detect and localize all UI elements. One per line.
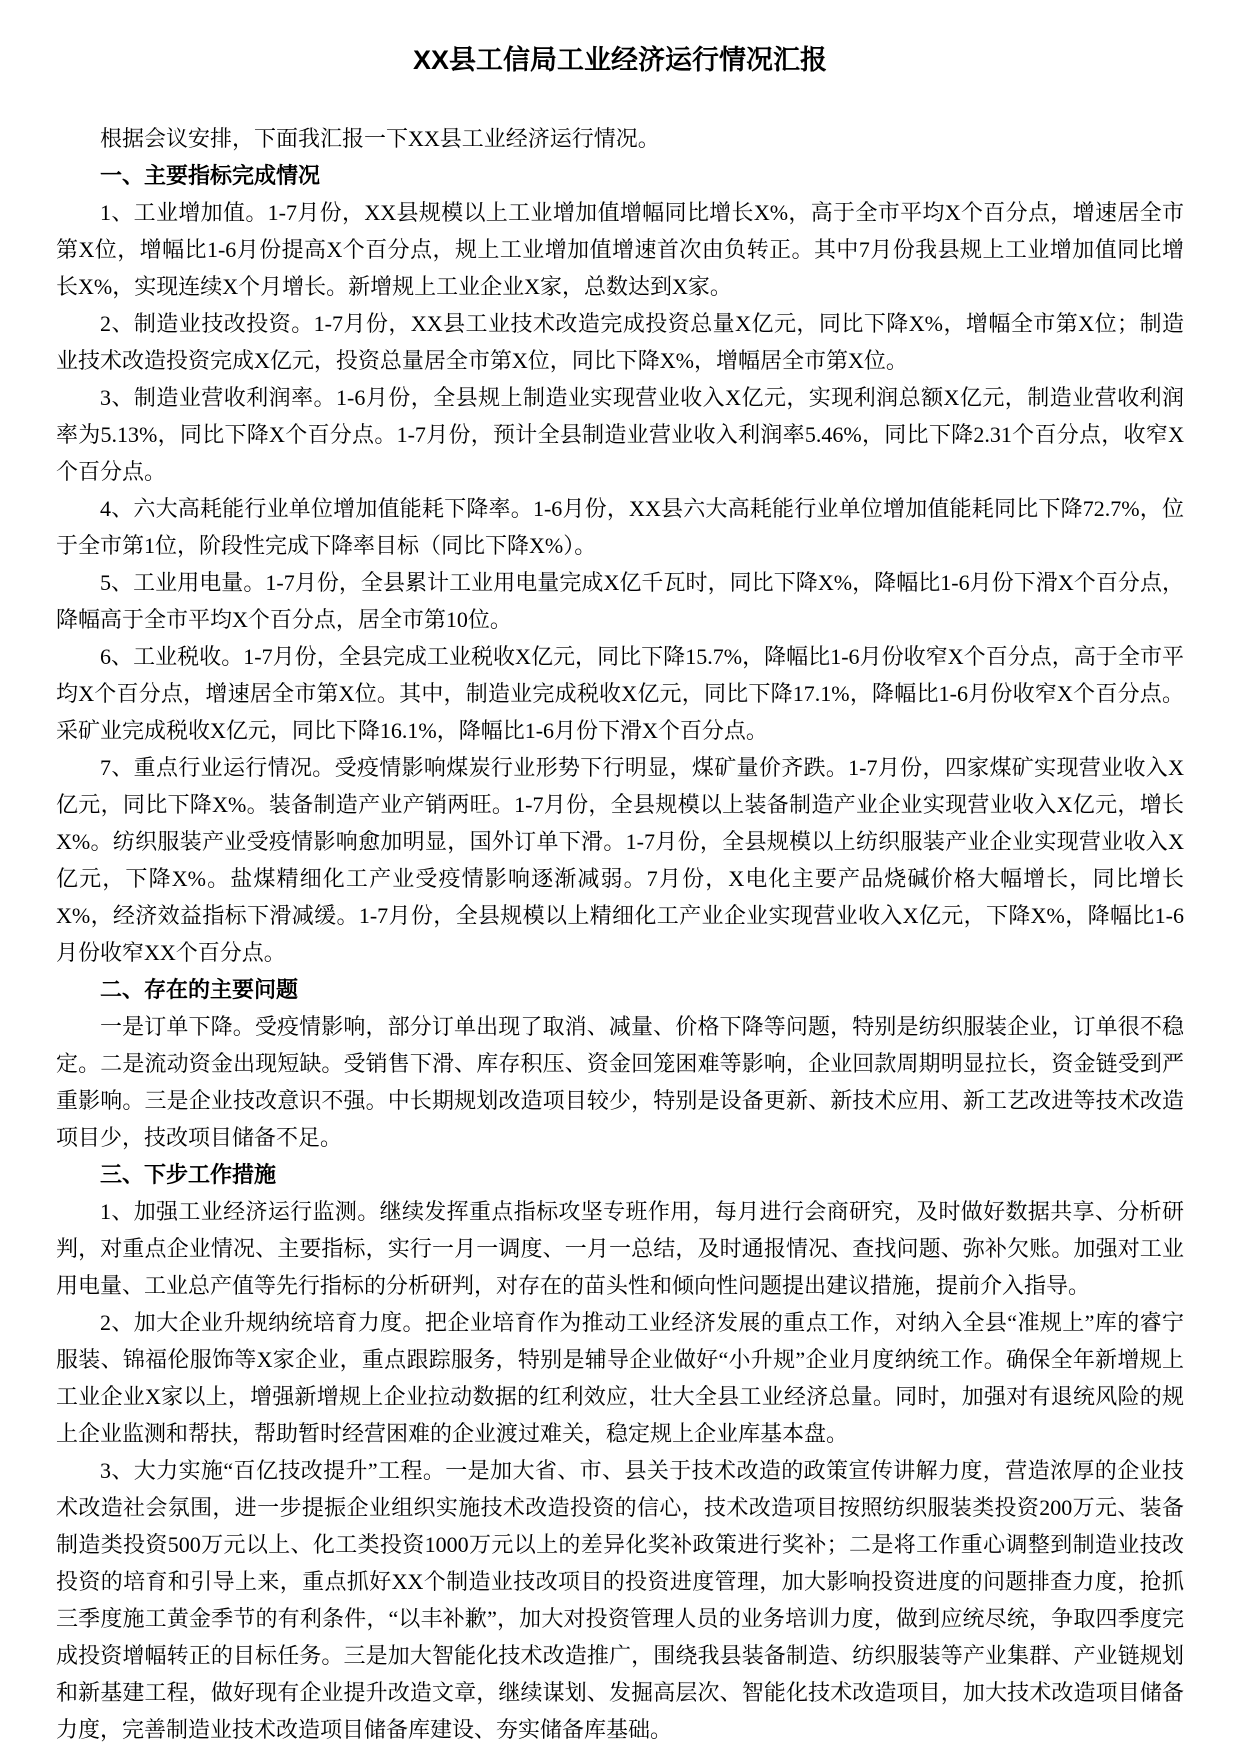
- intro-paragraph: 根据会议安排，下面我汇报一下XX县工业经济运行情况。: [56, 120, 1184, 157]
- section-heading-main-problems: 二、存在的主要问题: [56, 971, 1184, 1008]
- document-title: XX县工信局工业经济运行情况汇报: [56, 40, 1184, 80]
- document-page: XX县工信局工业经济运行情况汇报 根据会议安排，下面我汇报一下XX县工业经济运行…: [0, 0, 1240, 1754]
- paragraph-energy-consumption-decline: 4、六大高耗能行业单位增加值能耗下降率。1-6月份，XX县六大高耗能行业单位增加…: [56, 490, 1184, 564]
- paragraph-tech-upgrade-project: 3、大力实施“百亿技改提升”工程。一是加大省、市、县关于技术改造的政策宣传讲解力…: [56, 1452, 1184, 1748]
- paragraph-manufacturing-profit-rate: 3、制造业营收利润率。1-6月份，全县规上制造业实现营业收入X亿元，实现利润总额…: [56, 379, 1184, 490]
- section-heading-main-indicators: 一、主要指标完成情况: [56, 157, 1184, 194]
- section-heading-next-steps: 三、下步工作措施: [56, 1156, 1184, 1193]
- paragraph-key-industries: 7、重点行业运行情况。受疫情影响煤炭行业形势下行明显，煤矿量价齐跌。1-7月份，…: [56, 749, 1184, 971]
- paragraph-industrial-electricity: 5、工业用电量。1-7月份，全县累计工业用电量完成X亿千瓦时，同比下降X%，降幅…: [56, 564, 1184, 638]
- paragraph-problems: 一是订单下降。受疫情影响，部分订单出现了取消、减量、价格下降等问题，特别是纺织服…: [56, 1008, 1184, 1156]
- paragraph-monitoring: 1、加强工业经济运行监测。继续发挥重点指标攻坚专班作用，每月进行会商研究，及时做…: [56, 1193, 1184, 1304]
- paragraph-industrial-tax: 6、工业税收。1-7月份，全县完成工业税收X亿元，同比下降15.7%，降幅比1-…: [56, 638, 1184, 749]
- paragraph-manufacturing-tech-investment: 2、制造业技改投资。1-7月份，XX县工业技术改造完成投资总量X亿元，同比下降X…: [56, 305, 1184, 379]
- paragraph-industrial-added-value: 1、工业增加值。1-7月份，XX县规模以上工业增加值增幅同比增长X%，高于全市平…: [56, 194, 1184, 305]
- paragraph-enterprise-cultivation: 2、加大企业升规纳统培育力度。把企业培育作为推动工业经济发展的重点工作，对纳入全…: [56, 1304, 1184, 1452]
